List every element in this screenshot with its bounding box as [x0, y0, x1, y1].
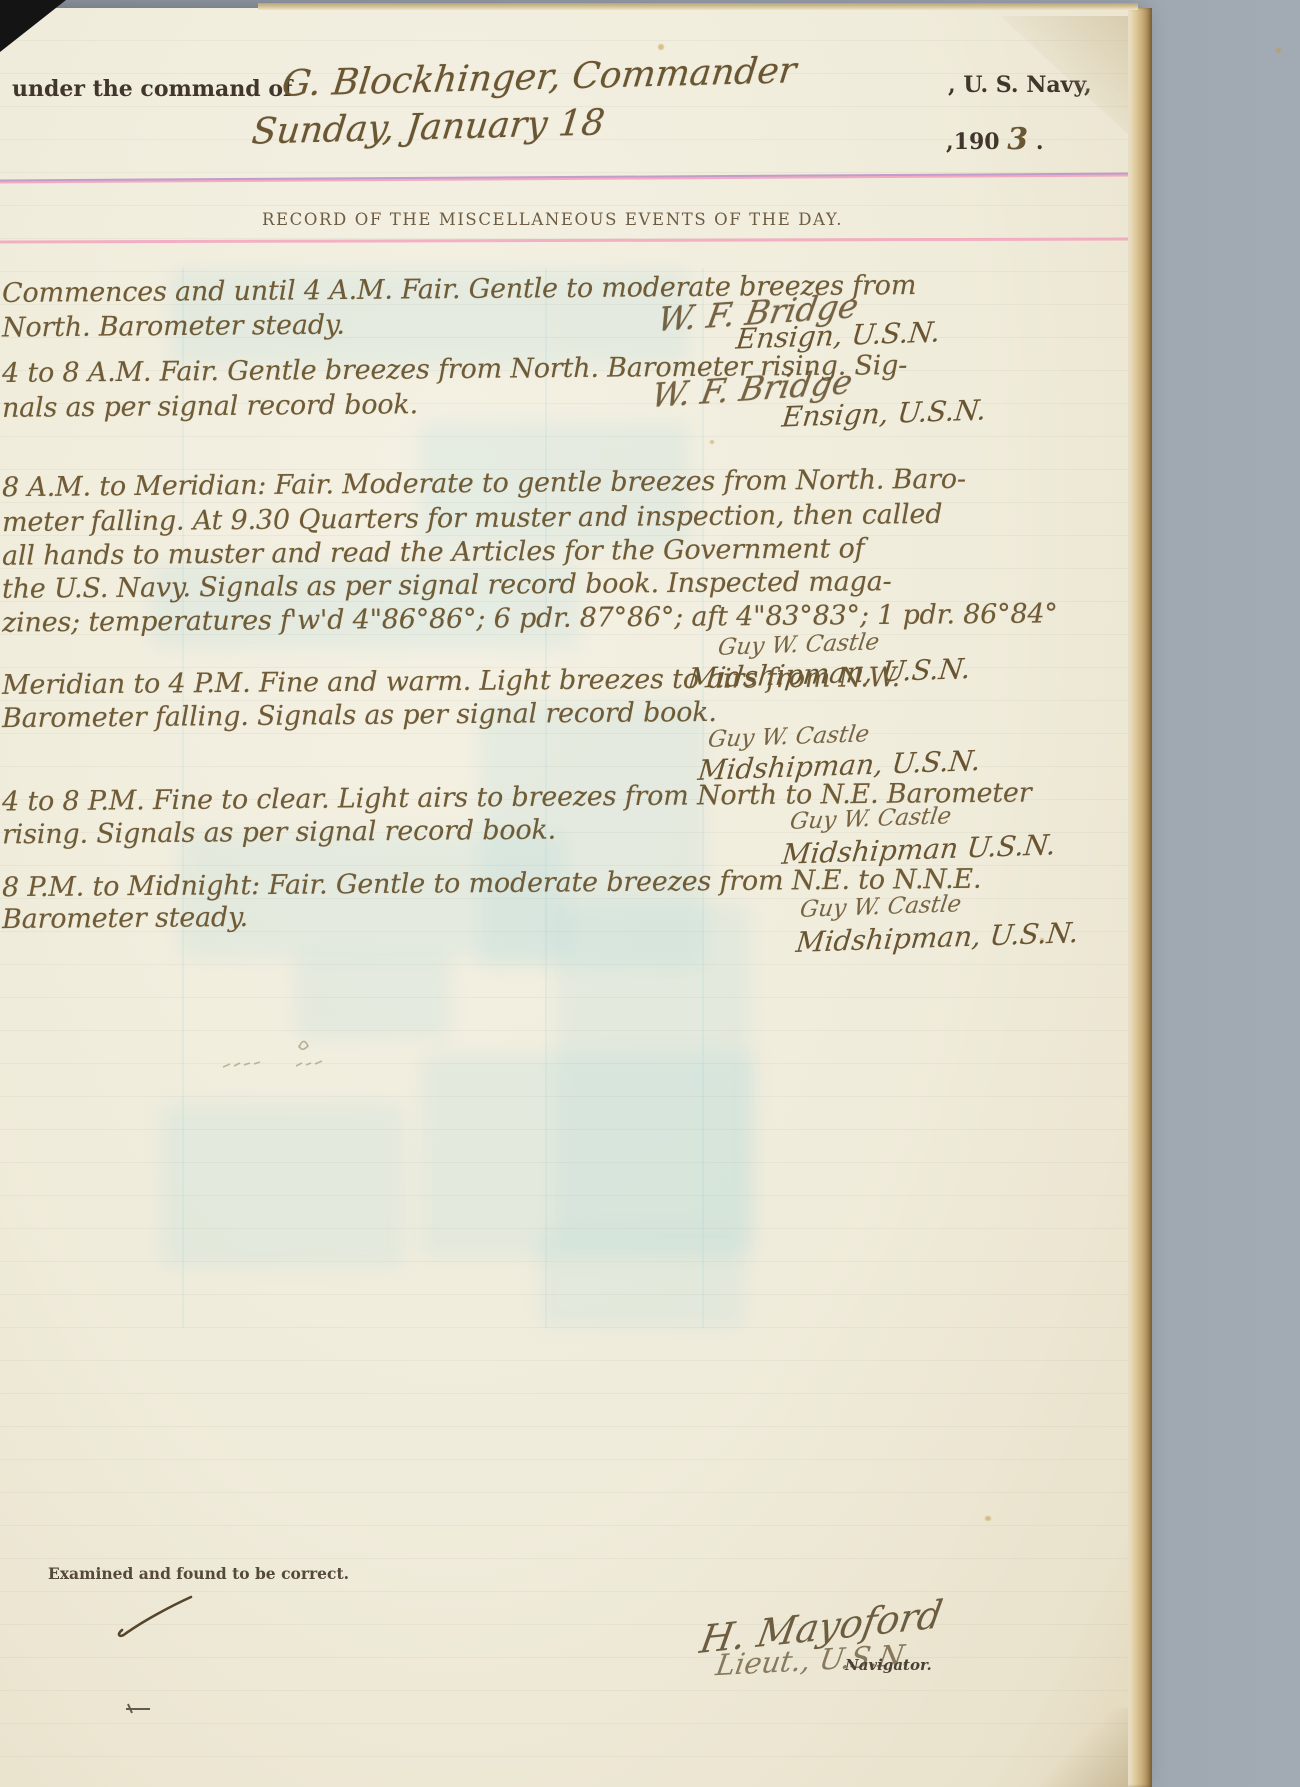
year-period: . [1036, 129, 1044, 155]
book-page-edges [1128, 8, 1152, 1787]
log-entry-line: zines; temperatures f'w'd 4"86°86°; 6 pd… [2, 600, 1058, 636]
officer-signature: Guy W. Castle [788, 805, 952, 834]
officer-rank: Ensign, U.S.N. [735, 318, 942, 353]
log-entry-line: all hands to muster and read the Article… [2, 535, 865, 570]
paper-speck [985, 1516, 991, 1521]
examined-label: Examined and found to be correct. [48, 1564, 349, 1583]
stray-mark [124, 1702, 154, 1714]
header-rule [0, 173, 1128, 184]
command-label: under the command of [12, 76, 293, 102]
year-line: ,190 3 . [946, 122, 1043, 157]
officer-rank: Midshipman, U.S.N. [795, 919, 1080, 957]
log-entry-line: meter falling. At 9.30 Quarters for must… [2, 501, 943, 536]
page-corner-shading [1040, 1708, 1130, 1787]
section-title: RECORD OF THE MISCELLANEOUS EVENTS OF TH… [262, 210, 843, 229]
showthrough-patch [540, 1233, 745, 1328]
officer-signature: Guy W. Castle [706, 723, 870, 752]
log-entry-line: Barometer steady. [2, 904, 248, 933]
paper-speck [1276, 48, 1281, 53]
log-entry-line: 8 A.M. to Meridian: Fair. Moderate to ge… [2, 466, 966, 501]
showthrough-patch [160, 1103, 405, 1268]
date-handwritten: Sunday, January 18 [250, 105, 607, 150]
checkmark [112, 1594, 196, 1636]
section-rule [0, 238, 1128, 243]
commander-signature: G. Blockhinger, Commander [280, 53, 798, 103]
stray-mark [294, 1057, 328, 1071]
log-entry-line: rising. Signals as per signal record boo… [2, 817, 556, 849]
stray-mark [222, 1058, 262, 1072]
paper-speck [710, 440, 714, 444]
officer-rank: Midshipman U.S.N. [781, 831, 1057, 869]
log-entry-line: North. Barometer steady. [2, 312, 345, 342]
officer-rank: Ensign, U.S.N. [781, 396, 988, 431]
showthrough-patch [295, 953, 450, 1038]
log-entry-line: nals as per signal record book. [2, 391, 418, 422]
year-handwritten-digit: 3 [1007, 122, 1028, 157]
book-top-edges [258, 3, 1138, 10]
year-printed-prefix: ,190 [946, 129, 1000, 155]
showthrough-patch [420, 1053, 755, 1258]
paper-speck [658, 44, 664, 50]
officer-signature: Guy W. Castle [798, 893, 962, 922]
log-entry-line: the U.S. Navy. Signals as per signal rec… [2, 568, 892, 603]
logbook-page: under the command of G. Blockhinger, Com… [0, 8, 1128, 1787]
navigator-label: Navigator. [845, 1656, 932, 1674]
stray-mark [296, 1036, 316, 1054]
log-entry-line: Barometer falling. Signals as per signal… [2, 699, 717, 732]
log-entry-line: Meridian to 4 P.M. Fine and warm. Light … [2, 664, 900, 699]
logbook-scan: under the command of G. Blockhinger, Com… [0, 0, 1300, 1787]
